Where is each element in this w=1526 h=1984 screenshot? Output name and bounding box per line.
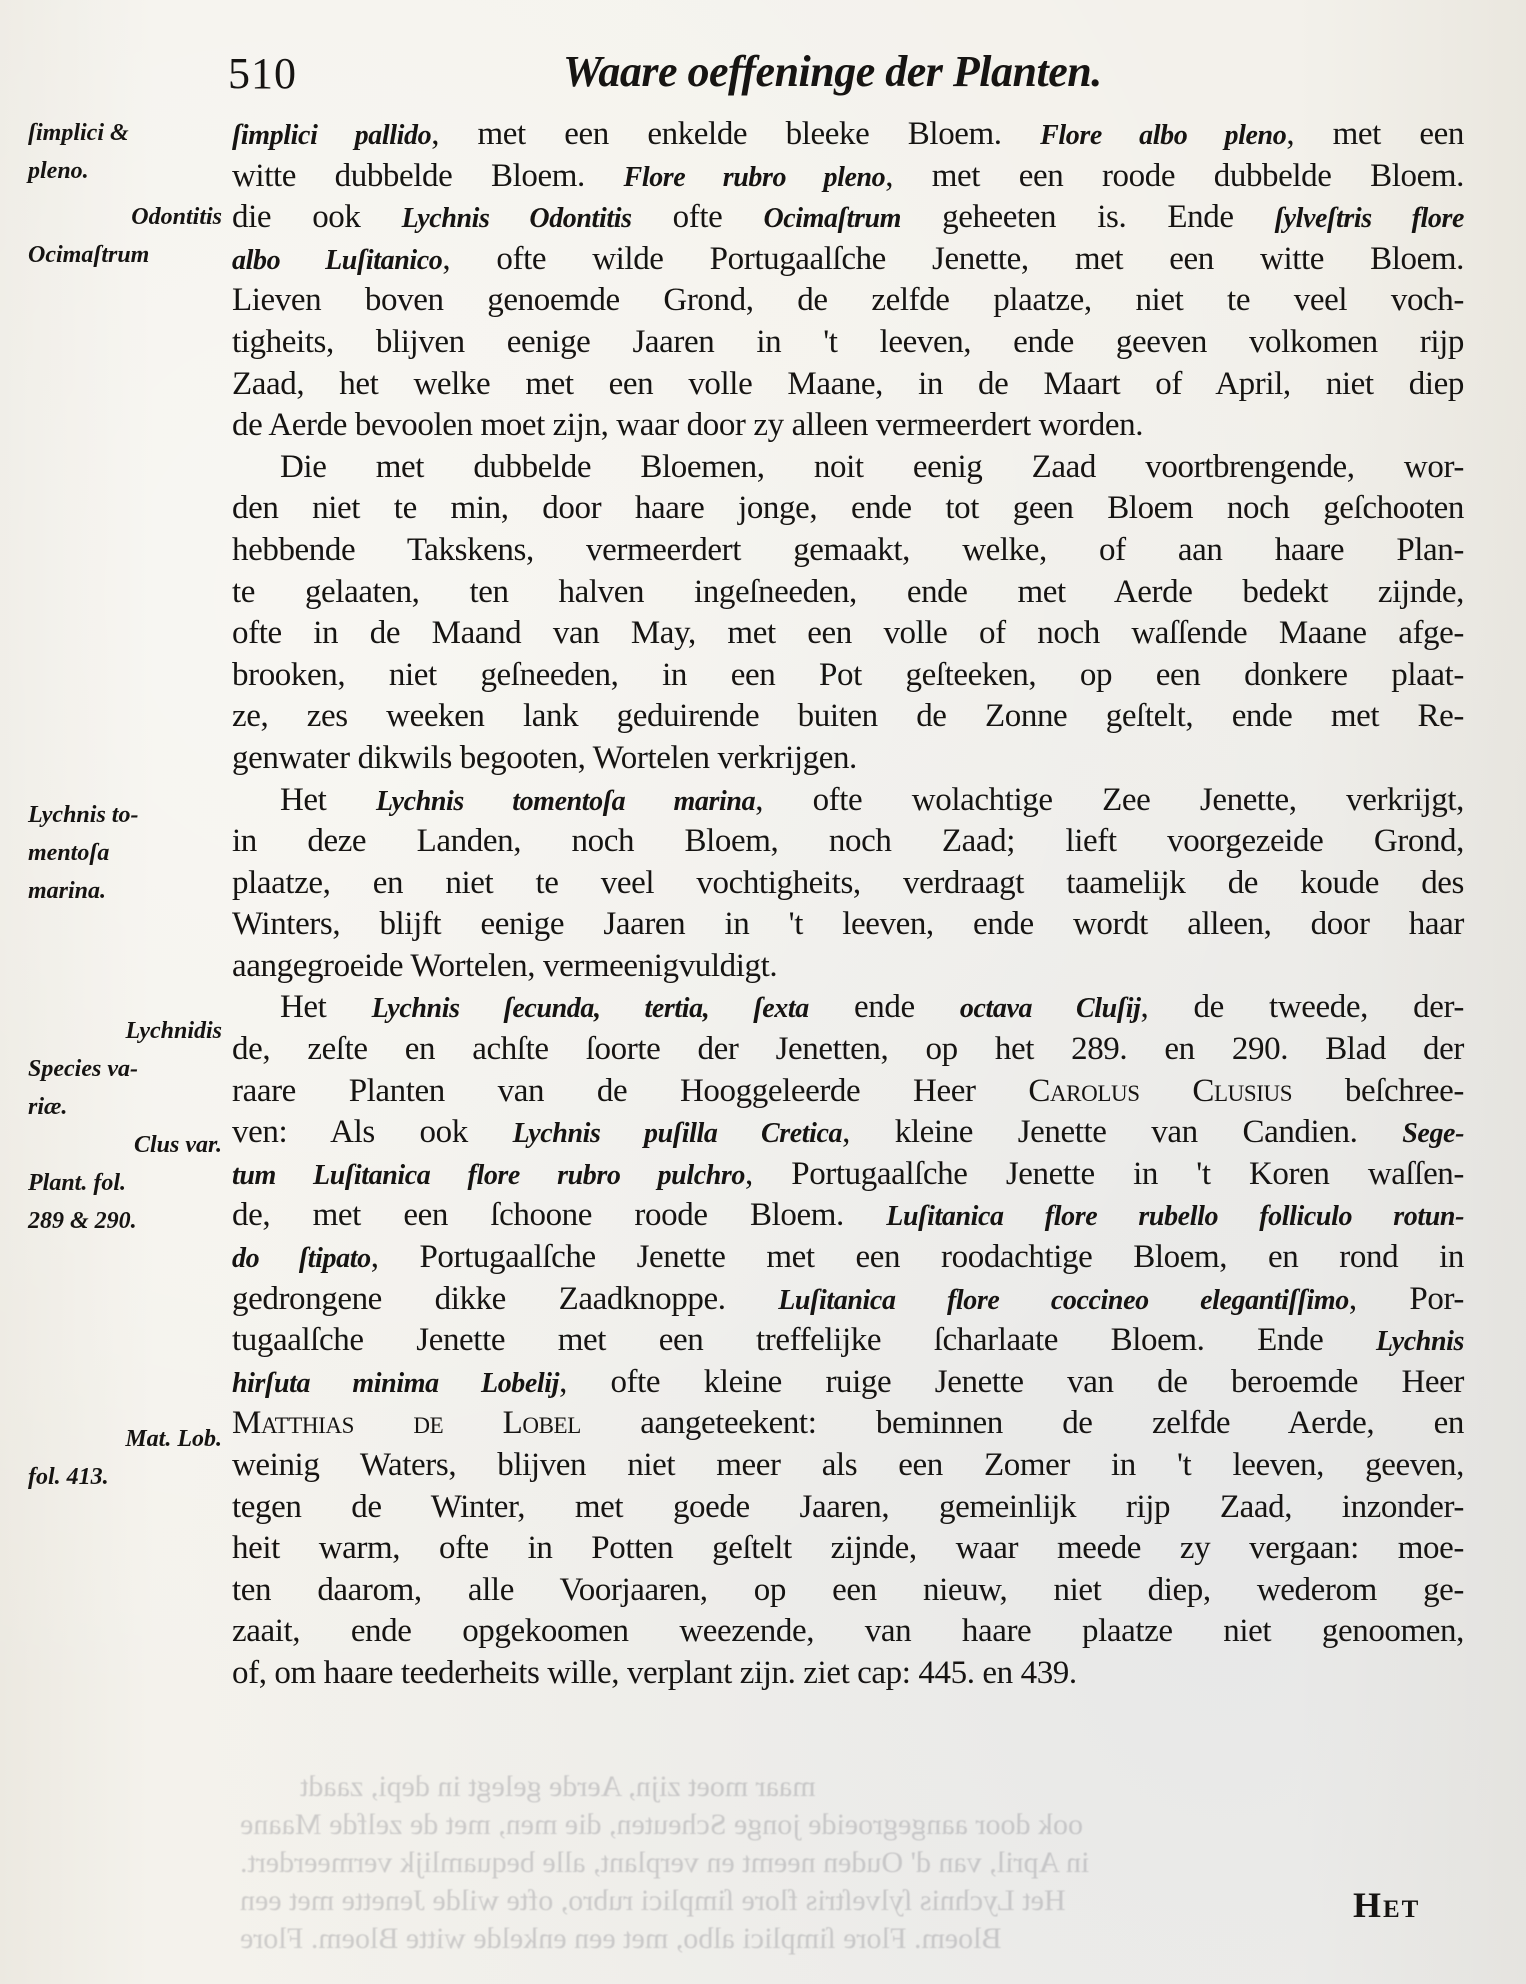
text-segment: Lieven boven genoemde Grond, de zelfde p… — [232, 282, 1464, 318]
latin-name: Lychnis ſecunda, tertia, ſexta — [372, 993, 809, 1024]
text-line: do ſtipato, Portugaalſche Jenette met ee… — [232, 1237, 1464, 1279]
text-line: Die met dubbelde Bloemen, noit eenig Zaa… — [232, 447, 1464, 489]
latin-name: ſylveſtris flore — [1275, 203, 1464, 234]
text-segment: ende — [809, 989, 960, 1025]
text-line: genwater dikwils begooten, Wortelen verk… — [232, 738, 1464, 780]
text-line: hebbende Takskens, vermeerdert gemaakt, … — [232, 530, 1464, 572]
text-line: ſimplici pallido, met een enkelde bleeke… — [232, 114, 1464, 156]
text-line: Het Lychnis tomentoſa marina, ofte wolac… — [232, 780, 1464, 822]
text-line: weinig Waters, blijven niet meer als een… — [232, 1445, 1464, 1487]
text-line: hirſuta minima Lobelij, ofte kleine ruig… — [232, 1362, 1464, 1404]
text-segment: gedrongene dikke Zaadknoppe. — [232, 1281, 778, 1317]
bleed-through-text: maar moet zijn, Aerde gelegt in depi, za… — [300, 1770, 816, 1804]
text-segment: aangeteekent: beminnen de zelfde Aerde, … — [581, 1405, 1464, 1441]
text-segment: Zaad, het welke met een volle Maane, in … — [232, 366, 1464, 402]
latin-name: do ſtipato — [232, 1243, 371, 1274]
latin-name: Luſitanica flore rubello folliculo rotun… — [886, 1201, 1464, 1232]
text-segment: Het — [280, 782, 376, 818]
text-line: raare Planten van de Hooggeleerde Heer C… — [232, 1071, 1464, 1113]
latin-name: Lychnis Odontitis — [402, 203, 632, 234]
text-segment: hebbende Takskens, vermeerdert gemaakt, … — [232, 532, 1464, 568]
margin-note-line: Lychnidis — [28, 1012, 228, 1050]
bleed-through-text: Bloem. Flore ſimplici albo, met een enke… — [240, 1922, 1002, 1956]
text-segment: tegen de Winter, met goede Jaaren, gemei… — [232, 1489, 1464, 1525]
text-segment: ofte in de Maand van May, met een volle … — [232, 615, 1464, 651]
margin-note-lychnidis-species: Lychnidis Species va- riæ. — [28, 1012, 228, 1126]
latin-name: Lychnis tomentoſa marina — [376, 786, 755, 817]
text-line: tugaalſche Jenette met een treffelijke ſ… — [232, 1320, 1464, 1362]
text-line: Winters, blijft eenige Jaaren in 't leev… — [232, 904, 1464, 946]
text-line: de Aerde bevoolen moet zijn, waar door z… — [232, 405, 1464, 447]
text-segment: brooken, niet geſneeden, in een Pot geſt… — [232, 657, 1464, 693]
text-segment: Die met dubbelde Bloemen, noit eenig Zaa… — [280, 449, 1464, 485]
text-segment: , met een enkelde bleeke Bloem. — [431, 116, 1040, 152]
latin-name: Lychnis puſilla Cretica — [513, 1118, 843, 1149]
text-segment: ven: Als ook — [232, 1114, 513, 1150]
text-line: of, om haare teederheits wille, verplant… — [232, 1653, 1464, 1695]
text-line: witte dubbelde Bloem. Flore rubro pleno,… — [232, 156, 1464, 198]
text-segment: , ofte wolachtige Zee Jenette, verkrijgt… — [755, 782, 1464, 818]
text-segment: , met een roode dubbelde Bloem. — [885, 158, 1464, 194]
text-segment: raare Planten van de Hooggeleerde Heer — [232, 1073, 1028, 1109]
text-line: in deze Landen, noch Bloem, noch Zaad; l… — [232, 821, 1464, 863]
bleed-through-text: in April, van d' Ouden neemt en verplant… — [240, 1846, 1089, 1880]
text-line: gedrongene dikke Zaadknoppe. Luſitanica … — [232, 1279, 1464, 1321]
text-segment: aangegroeide Wortelen, vermeenigvuldigt. — [232, 948, 777, 984]
text-line: tum Luſitanica flore rubro pulchro, Port… — [232, 1154, 1464, 1196]
main-text-block: ſimplici pallido, met een enkelde bleeke… — [232, 114, 1464, 1695]
text-segment: heit warm, ofte in Potten geſtelt zijnde… — [232, 1530, 1464, 1566]
latin-name: hirſuta minima Lobelij — [232, 1368, 559, 1399]
text-line: ofte in de Maand van May, met een volle … — [232, 613, 1464, 655]
latin-name: Flore rubro pleno — [624, 162, 886, 193]
text-segment: of, om haare teederheits wille, verplant… — [232, 1655, 1077, 1691]
page-number: 510 — [228, 48, 297, 99]
margin-note-clus-var-plant: Clus var. Plant. fol. 289 & 290. — [28, 1126, 228, 1240]
text-segment: tigheits, blijven eenige Jaaren in 't le… — [232, 324, 1464, 360]
margin-note-line: Ocimaſtrum — [28, 236, 228, 274]
text-segment: , Portugaalſche Jenette in 't Koren waſſ… — [745, 1156, 1464, 1192]
text-segment: ten daarom, alle Voorjaaren, op een nieu… — [232, 1572, 1464, 1608]
latin-name: Flore albo pleno — [1040, 120, 1286, 151]
text-segment: , kleine Jenette van Candien. — [842, 1114, 1402, 1150]
text-line: de, zeſte en achſte ſoorte der Jenetten,… — [232, 1029, 1464, 1071]
text-line: heit warm, ofte in Potten geſtelt zijnde… — [232, 1528, 1464, 1570]
margin-note-line: pleno. — [28, 152, 228, 190]
author-name: Matthias de Lobel — [232, 1405, 581, 1441]
margin-note-line: 289 & 290. — [28, 1202, 228, 1240]
margin-note-line: fol. 413. — [28, 1458, 228, 1496]
margin-note-simplici-pleno: ſimplici & pleno. — [28, 114, 228, 190]
author-name: Carolus Clusius — [1028, 1073, 1292, 1109]
text-line: ten daarom, alle Voorjaaren, op een nieu… — [232, 1570, 1464, 1612]
text-segment: tugaalſche Jenette met een treffelijke ſ… — [232, 1322, 1376, 1358]
text-segment: , de tweede, der- — [1141, 989, 1464, 1025]
text-line: tegen de Winter, met goede Jaaren, gemei… — [232, 1487, 1464, 1529]
text-segment: weinig Waters, blijven niet meer als een… — [232, 1447, 1464, 1483]
text-line: zaait, ende opgekoomen weezende, van haa… — [232, 1611, 1464, 1653]
latin-name: Ocimaſtrum — [763, 203, 901, 234]
text-line: die ook Lychnis Odontitis ofte Ocimaſtru… — [232, 197, 1464, 239]
latin-name: tum Luſitanica flore rubro pulchro — [232, 1160, 745, 1191]
latin-name: Luſitanica flore coccineo elegantiſſimo — [778, 1285, 1349, 1316]
text-segment: Winters, blijft eenige Jaaren in 't leev… — [232, 906, 1464, 942]
text-segment: ze, zes weeken lank geduirende buiten de… — [232, 698, 1464, 734]
book-page: maar moet zijn, Aerde gelegt in depi, za… — [0, 0, 1526, 1984]
latin-name: albo Luſitanico — [232, 245, 442, 276]
margin-note-odontitis: Odontitis Ocimaſtrum — [28, 198, 228, 274]
margin-note-line: Odontitis — [28, 198, 228, 236]
margin-note-line: ſimplici & — [28, 114, 228, 152]
text-segment: de, met een ſchoone roode Bloem. — [232, 1197, 886, 1233]
text-segment: genwater dikwils begooten, Wortelen verk… — [232, 740, 857, 776]
text-segment: de Aerde bevoolen moet zijn, waar door z… — [232, 407, 1143, 443]
text-line: de, met een ſchoone roode Bloem. Luſitan… — [232, 1195, 1464, 1237]
bleed-through-text: ook door aangegroeide jonge Scheuten, di… — [240, 1808, 1083, 1842]
margin-note-line: Clus var. — [28, 1126, 228, 1164]
text-segment: , met een — [1286, 116, 1464, 152]
text-segment: , Portugaalſche Jenette met een roodacht… — [371, 1239, 1464, 1275]
page-header: 510 Waare oeffeninge der Planten. — [228, 48, 1228, 98]
latin-name: octava Cluſij — [960, 993, 1141, 1024]
margin-note-line: Plant. fol. — [28, 1164, 228, 1202]
text-line: te gelaaten, ten halven ingeſneeden, end… — [232, 572, 1464, 614]
text-segment: beſchree- — [1292, 1073, 1464, 1109]
margin-note-line: mentoſa — [28, 834, 228, 872]
text-segment: die ook — [232, 199, 402, 235]
text-segment: Het — [280, 989, 372, 1025]
text-segment: ofte — [632, 199, 764, 235]
text-segment: te gelaaten, ten halven ingeſneeden, end… — [232, 574, 1464, 610]
bleed-through-text: Het Lychnis ſylveſtris flore ſimplici ru… — [240, 1884, 1066, 1918]
text-line: tigheits, blijven eenige Jaaren in 't le… — [232, 322, 1464, 364]
latin-name: Sege- — [1402, 1118, 1464, 1149]
text-segment: plaatze, en niet te veel vochtigheits, v… — [232, 865, 1464, 901]
text-line: Lieven boven genoemde Grond, de zelfde p… — [232, 280, 1464, 322]
text-line: aangegroeide Wortelen, vermeenigvuldigt. — [232, 946, 1464, 988]
text-line: Het Lychnis ſecunda, tertia, ſexta ende … — [232, 987, 1464, 1029]
margin-note-line: marina. — [28, 872, 228, 910]
text-segment: den niet te min, door haare jonge, ende … — [232, 490, 1464, 526]
margin-note-line: riæ. — [28, 1088, 228, 1126]
text-segment: in deze Landen, noch Bloem, noch Zaad; l… — [232, 823, 1464, 859]
text-line: plaatze, en niet te veel vochtigheits, v… — [232, 863, 1464, 905]
latin-name: Lychnis — [1376, 1326, 1464, 1357]
text-line: Zaad, het welke met een volle Maane, in … — [232, 364, 1464, 406]
latin-name: ſimplici pallido — [232, 120, 431, 151]
text-segment: geheeten is. Ende — [901, 199, 1275, 235]
text-segment: de, zeſte en achſte ſoorte der Jenetten,… — [232, 1031, 1464, 1067]
text-line: ze, zes weeken lank geduirende buiten de… — [232, 696, 1464, 738]
text-line: den niet te min, door haare jonge, ende … — [232, 488, 1464, 530]
text-line: ven: Als ook Lychnis puſilla Cretica, kl… — [232, 1112, 1464, 1154]
text-segment: zaait, ende opgekoomen weezende, van haa… — [232, 1613, 1464, 1649]
margin-note-line: Lychnis to- — [28, 796, 228, 834]
margin-note-mat-lob: Mat. Lob. fol. 413. — [28, 1420, 228, 1496]
text-segment: witte dubbelde Bloem. — [232, 158, 624, 194]
catchword: Het — [1353, 1884, 1420, 1926]
margin-note-line: Mat. Lob. — [28, 1420, 228, 1458]
margin-note-line: Species va- — [28, 1050, 228, 1088]
margin-note-lychnis-tomentosa: Lychnis to- mentoſa marina. — [28, 796, 228, 910]
text-line: albo Luſitanico, ofte wilde Portugaalſch… — [232, 239, 1464, 281]
text-line: Matthias de Lobel aangeteekent: beminnen… — [232, 1403, 1464, 1445]
text-segment: , ofte kleine ruige Jenette van de beroe… — [559, 1364, 1464, 1400]
text-line: brooken, niet geſneeden, in een Pot geſt… — [232, 655, 1464, 697]
text-segment: , Por- — [1349, 1281, 1464, 1317]
text-segment: , ofte wilde Portugaalſche Jenette, met … — [442, 241, 1464, 277]
running-title: Waare oeffeninge der Planten. — [563, 46, 1102, 97]
